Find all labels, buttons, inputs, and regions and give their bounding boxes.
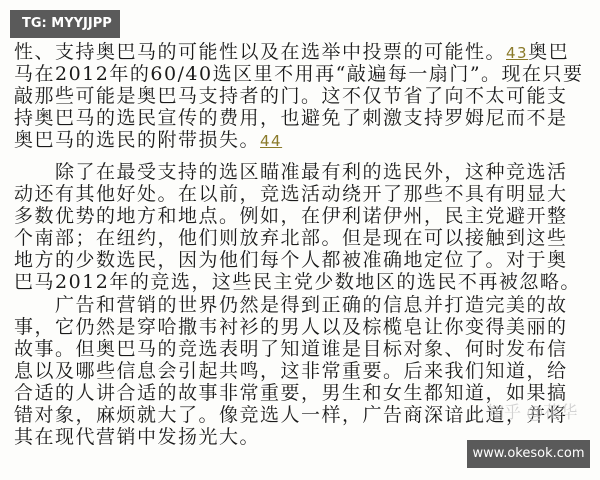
document-page: 性、支持奥巴马的可能性以及在选举中投票的可能性。43奥巴 马在2012年的60/… [0,0,600,480]
paragraph-1: 性、支持奥巴马的可能性以及在选举中投票的可能性。43奥巴 马在2012年的60/… [14,41,580,151]
text-line: 奥巴马的选民的附带损失。44 [14,129,580,151]
text-line: 个南部；在纽约，他们则放弃北部。但是现在可以接触到这些 [14,227,580,249]
text-line: 巴马2012年的竞选，这些民主党少数地区的选民不再被忽略。 [14,271,580,293]
text-line: 敲那些可能是奥巴马支持者的门。这不仅节省了向不太可能支 [14,85,580,107]
paragraph-2: 除了在最受支持的选区瞄准最有利的选民外，这种竞选活 动还有其他好处。在以前，竞选… [14,161,580,293]
line-text: 性、支持奥巴马的可能性以及在选举中投票的可能性。 [14,41,506,63]
text-line: 持奥巴马的选民宣传的费用，也避免了刺激支持罗姆尼而不是 [14,107,580,129]
text-line: 马在2012年的60/40选区里不用再“敲遍每一扇门”。现在只要 [14,63,580,85]
text-line: 故事。但奥巴马的竞选表明了知道谁是目标对象、何时发布信 [14,338,580,360]
line-text: 奥巴 [528,41,569,63]
text-line: 多数优势的地方和地点。例如，在伊利诺伊州，民主党避开整 [14,205,580,227]
tg-handle-badge: TG: MYYJJPP [10,10,120,38]
footnote-ref-44[interactable]: 44 [260,132,282,150]
text-line: 事，它仍然是穿哈撒韦衬衫的男人以及棕榄皂让你变得美丽的 [14,316,580,338]
zhihu-watermark: 知乎 @花华 [487,398,577,423]
paragraph-3: 广告和营销的世界仍然是得到正确的信息并打造完美的故 事，它仍然是穿哈撒韦衬衫的男… [14,294,580,448]
text-line: 除了在最受支持的选区瞄准最有利的选民外，这种竞选活 [14,161,580,183]
text-line: 动还有其他好处。在以前，竞选活动绕开了那些不具有明显大 [14,183,580,205]
text-line: 广告和营销的世界仍然是得到正确的信息并打造完美的故 [14,294,580,316]
text-line: 性、支持奥巴马的可能性以及在选举中投票的可能性。43奥巴 [14,41,580,63]
line-text: 奥巴马的选民的附带损失。 [14,129,260,151]
text-line: 息以及哪些信息会引起共鸣，这非常重要。后来我们知道，给 [14,360,580,382]
site-url-badge[interactable]: www.okesok.com [467,440,590,468]
text-line: 地方的少数选民，因为他们每个人都被准确地定位了。对于奥 [14,249,580,271]
footnote-ref-43[interactable]: 43 [506,44,528,62]
